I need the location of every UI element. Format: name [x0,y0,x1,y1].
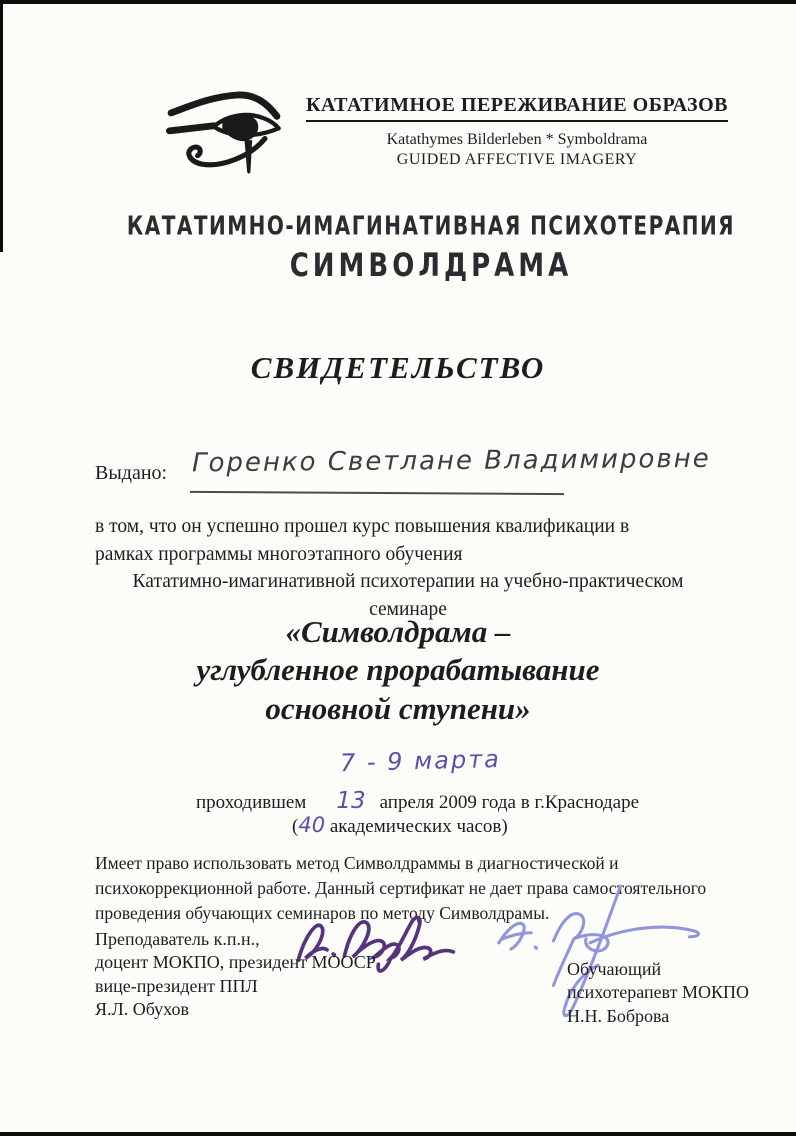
document-title: СВИДЕТЕЛЬСТВО [0,350,796,386]
scan-edge-bottom [0,1132,796,1136]
certificate-scan: КАТАТИМНОЕ ПЕРЕЖИВАНИЕ ОБРАЗОВ Katathyme… [0,0,796,1136]
signatory-left: Преподаватель к.п.н., доцент МОКПО, през… [95,928,376,1022]
held-prefix: проходившем [196,792,306,813]
method-title-line2: СИМВОЛДРАМА [66,248,796,285]
signatory-left-line2: доцент МОКПО, президент МООСР [95,951,376,974]
held-suffix: апреля 2009 года в г.Краснодаре [380,792,639,813]
signatory-right-line1: Обучающий [567,958,749,981]
signatory-left-line1: Преподаватель к.п.н., [95,928,376,951]
header: КАТАТИМНОЕ ПЕРЕЖИВАНИЕ ОБРАЗОВ Katathyme… [292,94,742,169]
hours-suffix: академических часов) [325,816,508,837]
signatory-left-line3: вице-президент ППЛ [95,975,376,998]
hours-value-handwritten: 40 [298,813,325,837]
body-paragraph-1: в том, что он успешно прошел курс повыше… [95,513,775,568]
hours-line: (40 академических часов) [292,813,508,838]
org-title: КАТАТИМНОЕ ПЕРЕЖИВАНИЕ ОБРАЗОВ [306,94,728,122]
signatory-right: Обучающий психотерапевт МОКПО Н.Н. Бобро… [567,958,749,1028]
scan-edge-left [0,0,3,252]
seminar-title: «Символдрама – углубленное прорабатывани… [0,613,796,728]
eye-of-horus-icon [166,82,294,184]
seminar-title-line1: «Символдрама – [0,613,796,651]
signatory-right-line2: психотерапевт МОКПО [567,981,749,1004]
recipient-name-handwritten: Горенко Светлане Владимировне [192,444,732,479]
method-title: КАТАТИМНО-ИМАГИНАТИВНАЯ ПСИХОТЕРАПИЯ СИМ… [66,210,796,278]
held-line: проходившем13апреля 2009 года в г.Красно… [196,788,639,814]
signatory-left-line4: Я.Л. Обухов [95,998,376,1021]
scan-edge-top [0,0,796,4]
signatory-right-line3: Н.Н. Боброва [567,1005,749,1028]
issued-label: Выдано: [95,462,167,485]
org-subtitle-english: GUIDED AFFECTIVE IMAGERY [292,151,742,169]
dates-handwritten: 7 - 9 марта [340,745,502,777]
recipient-underline [190,491,564,495]
method-title-line1: КАТАТИМНО-ИМАГИНАТИВНАЯ ПСИХОТЕРАПИЯ [66,210,796,241]
seminar-title-line2: углубленное прорабатывание [0,651,796,689]
org-subtitle-german: Katathymes Bilderleben * Symboldrama [292,131,742,149]
held-day-handwritten: 13 [336,788,365,814]
seminar-title-line3: основной ступени» [0,690,796,728]
